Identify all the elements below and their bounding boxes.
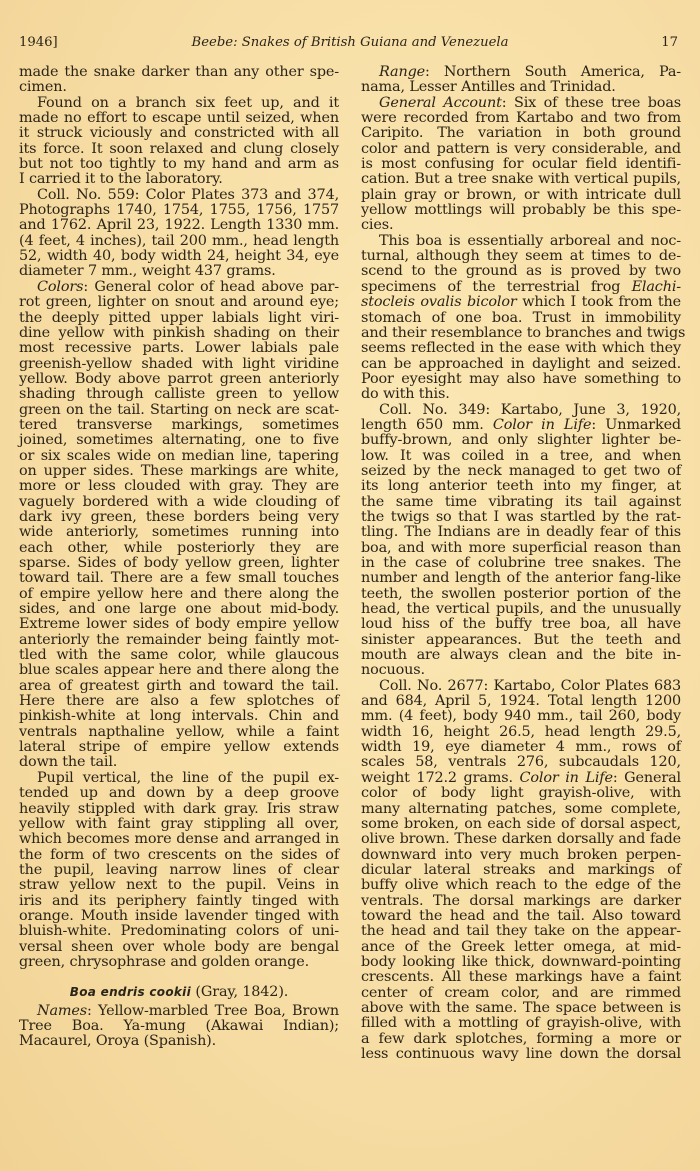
text-line: cies. <box>361 218 681 233</box>
text-run: color and pattern is very considerable, … <box>361 141 681 157</box>
text-run: boa, and with more superficial reason th… <box>361 540 681 556</box>
text-line: of empire yellow here and there along th… <box>19 587 339 602</box>
text-line: green on the tail. Starting on neck are … <box>19 403 339 418</box>
text-line: stomach of one boa. Trust in immobility <box>361 311 681 326</box>
text-line: some broken, on each side of dorsal aspe… <box>361 817 681 832</box>
text-line: the same time vibrating its tail against <box>361 495 681 510</box>
text-run: number and length of the anterior fang-l… <box>361 570 681 586</box>
text-run: down the tail. <box>19 754 117 770</box>
text-line: pinkish-white at long intervals. Chin an… <box>19 709 339 724</box>
species-name: Boa endris cookii <box>70 985 191 999</box>
text-line: many alternating patches, some complete, <box>361 802 681 817</box>
text-run: tended up and down by a deep groove <box>19 785 339 801</box>
text-run: rot green, lighter on snout and around e… <box>19 294 339 310</box>
text-line: its long anterior teeth into my finger, … <box>361 479 681 494</box>
text-line: yellow. Body above parrot green anterior… <box>19 372 339 387</box>
text-run: (4 feet, 4 inches), tail 200 mm., head l… <box>19 233 339 249</box>
text-line: color of body light grayish-olive, with <box>361 786 681 801</box>
text-line: color and pattern is very considerable, … <box>361 142 681 157</box>
text-run: sparse. Sides of body yellow green, ligh… <box>19 555 339 571</box>
text-run: length 650 mm. <box>361 417 493 433</box>
text-line: shading through calliste green to yellow <box>19 387 339 402</box>
text-line: bluish-white. Predominating colors of un… <box>19 924 339 939</box>
text-run: more or less clouded with gray. They are <box>19 478 339 494</box>
text-line: do with this. <box>361 387 681 402</box>
text-run: Extreme lower sides of body empire yello… <box>19 616 339 632</box>
right-column-body: Range: Northern South America, Pa-nama, … <box>361 65 681 1062</box>
text-line: teeth, the swollen posterior portion of … <box>361 587 681 602</box>
text-run: tered transverse markings, sometimes <box>19 417 339 433</box>
text-run: stomach of one boa. Trust in immobility <box>361 310 681 326</box>
text-run: straw yellow next to the pupil. Veins in <box>19 877 339 893</box>
text-run: area of greatest girth and toward the ta… <box>19 678 339 694</box>
text-line: cation. But a tree snake with vertical p… <box>361 172 681 187</box>
text-line: is most confusing for ocular field ident… <box>361 157 681 172</box>
text-run: lateral stripe of empire yellow extends <box>19 739 339 755</box>
text-run: tled with the same color, while glaucous <box>19 647 339 663</box>
right-column: Range: Northern South America, Pa-nama, … <box>361 65 681 1062</box>
text-run: tling. The Indians are in deadly fear of… <box>361 524 681 540</box>
text-run: less continuous wavy line down the dorsa… <box>361 1046 681 1062</box>
text-run: diameter 7 mm., weight 437 grams. <box>19 263 276 279</box>
text-run: above with the same. The space between i… <box>361 1000 681 1016</box>
text-run: downward into very much broken perpen- <box>361 847 681 863</box>
text-run: Coll. No. 559: Color Plates 373 and 374, <box>37 187 339 203</box>
text-run: toward tail. There are a few small touch… <box>19 570 339 586</box>
text-run: cies. <box>361 217 393 233</box>
text-line: olive brown. These darken dorsally and f… <box>361 832 681 847</box>
text-run: is most confusing for ocular field ident… <box>361 156 681 172</box>
text-run: mm. (4 feet), body 940 mm., tail 260, bo… <box>361 708 681 724</box>
text-line: Names: Yellow-marbled Tree Boa, Brown <box>19 1004 339 1019</box>
paragraph-coll-2677: Coll. No. 2677: Kartabo, Color Plates 68… <box>361 679 681 1063</box>
paragraph-coll-349: Coll. No. 349: Kartabo, June 3, 1920,len… <box>361 403 681 679</box>
text-line: dark ivy green, these borders being very <box>19 510 339 525</box>
text-line: it struck viciously and constricted with… <box>19 126 339 141</box>
text-line: center of cream color, and are rimmed <box>361 986 681 1001</box>
text-line: downward into very much broken perpen- <box>361 848 681 863</box>
text-line: but not too tightly to my hand and arm a… <box>19 157 339 172</box>
text-run: 52, width 40, body width 24, height 34, … <box>19 248 339 264</box>
text-run: dicular lateral streaks and markings of <box>361 862 681 878</box>
text-run: : Northern South America, Pa- <box>425 64 681 80</box>
text-run: or six scales wide on median line, taper… <box>19 448 339 464</box>
text-line: loud hiss of the buffy tree boa, all hav… <box>361 617 681 632</box>
text-line: Tree Boa. Ya-mung (Akawai Indian); <box>19 1019 339 1034</box>
italic-text: Color in Life <box>493 417 591 433</box>
text-run: buffy olive which reach to the edge of t… <box>361 877 681 893</box>
text-run: joined, sometimes alternating, one to fi… <box>19 432 339 448</box>
text-line: buffy olive which reach to the edge of t… <box>361 878 681 893</box>
text-run: each other, while posteriorly they are <box>19 540 339 556</box>
text-line: green, chrysophrase and golden orange. <box>19 955 339 970</box>
text-line: which becomes more dense and arranged in <box>19 832 339 847</box>
text-line: seized by the neck managed to get two of <box>361 464 681 479</box>
text-line: most recessive parts. Lower labials pale <box>19 341 339 356</box>
text-run: ventrals. The dorsal markings are darker <box>361 893 681 909</box>
text-line: anteriorly the remainder being faintly m… <box>19 633 339 648</box>
text-run: olive brown. These darken dorsally and f… <box>361 831 681 847</box>
text-run: scend to the ground as is proved by two <box>361 263 681 279</box>
text-line: buffy-brown, and only slighter lighter b… <box>361 433 681 448</box>
italic-text: Range <box>379 64 425 80</box>
text-line: scales 58, ventrals 276, subcaudals 120, <box>361 755 681 770</box>
text-line: Poor eyesight may also have something to <box>361 372 681 387</box>
text-line: Extreme lower sides of body empire yello… <box>19 617 339 632</box>
text-line: rot green, lighter on snout and around e… <box>19 295 339 310</box>
text-run: Here there are also a few splotches of <box>19 693 339 709</box>
text-line: General Account: Six of these tree boas <box>361 96 681 111</box>
text-run: wide anteriorly, sometimes running into <box>19 524 339 540</box>
text-run: This boa is essentially arboreal and noc… <box>379 233 681 249</box>
text-line: dicular lateral streaks and markings of <box>361 863 681 878</box>
text-line: and 1762. April 23, 1922. Length 1330 mm… <box>19 218 339 233</box>
italic-text: Colors <box>37 279 83 295</box>
text-run: seems reflected in the ease with which t… <box>361 340 681 356</box>
text-line: toward tail. There are a few small touch… <box>19 571 339 586</box>
text-line: yellow mottlings will probably be this s… <box>361 203 681 218</box>
text-line: specimens of the terrestrial frog Elachi… <box>361 280 681 295</box>
left-column-body: made the snake darker than any other spe… <box>19 65 339 970</box>
text-line: the head and tail they take on the appea… <box>361 924 681 939</box>
text-run: I carried it to the laboratory. <box>19 171 223 187</box>
paragraph-coll-559: Coll. No. 559: Color Plates 373 and 374,… <box>19 188 339 280</box>
text-run: but not too tightly to my hand and arm a… <box>19 156 339 172</box>
text-run: do with this. <box>361 386 450 402</box>
text-line: ventrals. The dorsal markings are darker <box>361 894 681 909</box>
text-line: mm. (4 feet), body 940 mm., tail 260, bo… <box>361 709 681 724</box>
text-line: I carried it to the laboratory. <box>19 172 339 187</box>
text-line: boa, and with more superficial reason th… <box>361 541 681 556</box>
paragraph-pupil: Pupil vertical, the line of the pupil ex… <box>19 771 339 970</box>
italic-text: Elachi- <box>632 279 681 295</box>
species-heading: Boa endris cookii (Gray, 1842). <box>19 985 339 1000</box>
text-line: length 650 mm. Color in Life: Unmarked <box>361 418 681 433</box>
text-run: Found on a branch six feet up, and it <box>37 95 339 111</box>
paragraph-arboreal: This boa is essentially arboreal and noc… <box>361 234 681 403</box>
text-line: stocleis ovalis bicolor which I took fro… <box>361 295 681 310</box>
text-run: Photographs 1740, 1754, 1755, 1756, 1757 <box>19 202 339 218</box>
text-run: Tree Boa. Ya-mung (Akawai Indian); <box>19 1018 339 1034</box>
text-run: anteriorly the remainder being faintly m… <box>19 632 339 648</box>
text-run: sinister appearances. But the teeth and <box>361 632 681 648</box>
paragraph-names: Names: Yellow-marbled Tree Boa, BrownTre… <box>19 1004 339 1050</box>
text-run: bluish-white. Predominating colors of un… <box>19 923 339 939</box>
text-line: less continuous wavy line down the dorsa… <box>361 1047 681 1062</box>
text-line: and their resemblance to branches and tw… <box>361 326 681 341</box>
text-line: tered transverse markings, sometimes <box>19 418 339 433</box>
text-run: Coll. No. 349: Kartabo, June 3, 1920, <box>379 402 681 418</box>
text-run: iris and its periphery faintly tinged wi… <box>19 893 339 909</box>
text-line: yellow with faint gray stippling all ove… <box>19 817 339 832</box>
text-run: heavily stippled with dark gray. Iris st… <box>19 801 339 817</box>
text-line: more or less clouded with gray. They are <box>19 479 339 494</box>
text-line: on upper sides. These markings are white… <box>19 464 339 479</box>
text-line: versal sheen over whole body are bengal <box>19 940 339 955</box>
text-run: weight 172.2 grams. <box>361 770 520 786</box>
text-run: pinkish-white at long intervals. Chin an… <box>19 708 339 724</box>
text-line: Caripito. The variation in both ground <box>361 126 681 141</box>
text-line: scend to the ground as is proved by two <box>361 264 681 279</box>
text-line: made the snake darker than any other spe… <box>19 65 339 80</box>
text-line: above with the same. The space between i… <box>361 1001 681 1016</box>
text-run: most recessive parts. Lower labials pale <box>19 340 339 356</box>
text-line: in the case of colubrine tree snakes. Th… <box>361 556 681 571</box>
text-run: buffy-brown, and only slighter lighter b… <box>361 432 681 448</box>
text-run: mouth are always clean and the bite in- <box>361 647 681 663</box>
text-line: crescents. All these markings have a fai… <box>361 970 681 985</box>
names-section: Names: Yellow-marbled Tree Boa, BrownTre… <box>19 1004 339 1050</box>
text-line: its force. It soon relaxed and clung clo… <box>19 142 339 157</box>
paragraph-continuation: made the snake darker than any other spe… <box>19 65 339 96</box>
text-line: each other, while posteriorly they are <box>19 541 339 556</box>
text-line: Coll. No. 559: Color Plates 373 and 374, <box>19 188 339 203</box>
text-run: which becomes more dense and arranged in <box>19 831 339 847</box>
text-run: the pupil, leaving narrow lines of clear <box>19 862 339 878</box>
text-run: turnal, although they seem at times to d… <box>361 248 681 264</box>
text-run: : Unmarked <box>591 417 681 433</box>
text-line: and 684, April 5, 1924. Total length 120… <box>361 694 681 709</box>
text-run: Macaurel, Oroya (Spanish). <box>19 1033 216 1049</box>
text-run: center of cream color, and are rimmed <box>361 985 681 1001</box>
text-line: the deeply pitted upper labials light vi… <box>19 311 339 326</box>
text-run: can be approached in daylight and seized… <box>361 356 681 372</box>
text-run: vaguely bordered with a wide clouding of <box>19 494 339 510</box>
text-line: tended up and down by a deep groove <box>19 786 339 801</box>
text-run: ance of the Greek letter omega, at mid- <box>361 939 681 955</box>
text-line: the form of two crescents on the sides o… <box>19 848 339 863</box>
text-line: down the tail. <box>19 755 339 770</box>
text-run: teeth, the swollen posterior portion of … <box>361 586 681 602</box>
text-run: Poor eyesight may also have something to <box>361 371 681 387</box>
text-line: wide anteriorly, sometimes running into <box>19 525 339 540</box>
text-run: blue scales appear here and there along … <box>19 662 339 678</box>
text-line: low. It was coiled in a tree, and when <box>361 449 681 464</box>
text-line: made no effort to escape until seized, w… <box>19 111 339 126</box>
text-run: head, the vertical pupils, and the unusu… <box>361 601 681 617</box>
text-run: seized by the neck managed to get two of <box>361 463 681 479</box>
text-run: green, chrysophrase and golden orange. <box>19 954 309 970</box>
text-run: nama, Lesser Antilles and Trinidad. <box>361 79 616 95</box>
text-run: some broken, on each side of dorsal aspe… <box>361 816 681 832</box>
text-run: Pupil vertical, the line of the pupil ex… <box>37 770 339 786</box>
text-run: yellow mottlings will probably be this s… <box>361 202 681 218</box>
text-run: the twigs so that I was startled by the … <box>361 509 681 525</box>
text-run: greenish-yellow shaded with light viridi… <box>19 356 339 372</box>
text-line: the pupil, leaving narrow lines of clear <box>19 863 339 878</box>
text-run: : Yellow-marbled Tree Boa, Brown <box>87 1003 339 1019</box>
text-line: straw yellow next to the pupil. Veins in <box>19 878 339 893</box>
text-run: made no effort to escape until seized, w… <box>19 110 339 126</box>
text-run: toward the head and the tail. Also towar… <box>361 908 681 924</box>
text-line: area of greatest girth and toward the ta… <box>19 679 339 694</box>
text-line: weight 172.2 grams. Color in Life: Gener… <box>361 771 681 786</box>
text-run: cation. But a tree snake with vertical p… <box>361 171 681 187</box>
text-run: its long anterior teeth into my finger, … <box>361 478 681 494</box>
text-run: a few dark splotches, forming a more or <box>361 1031 681 1047</box>
text-line: turnal, although they seem at times to d… <box>361 249 681 264</box>
text-line: Range: Northern South America, Pa- <box>361 65 681 80</box>
text-line: head, the vertical pupils, and the unusu… <box>361 602 681 617</box>
text-line: filled with a mottling of grayish-olive,… <box>361 1016 681 1031</box>
text-line: heavily stippled with dark gray. Iris st… <box>19 802 339 817</box>
text-run: crescents. All these markings have a fai… <box>361 969 681 985</box>
running-head-title: Beebe: Snakes of British Guiana and Vene… <box>18 33 682 53</box>
text-run: and 1762. April 23, 1922. Length 1330 mm… <box>19 217 339 233</box>
text-run: the head and tail they take on the appea… <box>361 923 681 939</box>
text-line: a few dark splotches, forming a more or <box>361 1032 681 1047</box>
text-line: number and length of the anterior fang-l… <box>361 571 681 586</box>
text-line: sides, and one large one about mid-body. <box>19 602 339 617</box>
paragraph-range: Range: Northern South America, Pa-nama, … <box>361 65 681 96</box>
text-line: width 16, height 26.5, head length 29.5, <box>361 725 681 740</box>
text-line: Coll. No. 2677: Kartabo, Color Plates 68… <box>361 679 681 694</box>
text-run: : Six of these tree boas <box>502 95 681 111</box>
text-run: width 16, height 26.5, head length 29.5, <box>361 724 681 740</box>
text-line: Macaurel, Oroya (Spanish). <box>19 1034 339 1049</box>
text-line: sparse. Sides of body yellow green, ligh… <box>19 556 339 571</box>
text-line: were recorded from Kartabo and two from <box>361 111 681 126</box>
text-run: : General <box>613 770 681 786</box>
text-run: and 684, April 5, 1924. Total length 120… <box>361 693 681 709</box>
paragraph-general-account: General Account: Six of these tree boasw… <box>361 96 681 234</box>
text-line: tling. The Indians are in deadly fear of… <box>361 525 681 540</box>
text-run: orange. Mouth inside lavender tinged wit… <box>19 908 339 924</box>
text-line: ventrals napthaline yellow, while a fain… <box>19 725 339 740</box>
text-run: loud hiss of the buffy tree boa, all hav… <box>361 616 681 632</box>
text-run: on upper sides. These markings are white… <box>19 463 339 479</box>
text-run: its force. It soon relaxed and clung clo… <box>19 141 339 157</box>
italic-text: stocleis ovalis bicolor <box>361 294 517 310</box>
text-line: Pupil vertical, the line of the pupil ex… <box>19 771 339 786</box>
text-run: body looking like thick, downward-pointi… <box>361 954 681 970</box>
text-run: color of body light grayish-olive, with <box>361 785 681 801</box>
text-run: specimens of the terrestrial frog <box>361 279 632 295</box>
text-run: dine yellow with pinkish shading on thei… <box>19 325 339 341</box>
text-run: it struck viciously and constricted with… <box>19 125 339 141</box>
text-line: cimen. <box>19 80 339 95</box>
paragraph-capture: Found on a branch six feet up, and itmad… <box>19 96 339 188</box>
text-line: Here there are also a few splotches of <box>19 694 339 709</box>
text-run: sides, and one large one about mid-body. <box>19 601 339 617</box>
text-line: width 19, eye diameter 4 mm., rows of <box>361 740 681 755</box>
text-run: were recorded from Kartabo and two from <box>361 110 681 126</box>
italic-text: General Account <box>379 95 502 111</box>
text-run: nocuous. <box>361 662 425 678</box>
text-line: body looking like thick, downward-pointi… <box>361 955 681 970</box>
text-run: of empire yellow here and there along th… <box>19 586 339 602</box>
italic-text: Color in Life <box>520 770 613 786</box>
text-line: the twigs so that I was startled by the … <box>361 510 681 525</box>
text-line: nama, Lesser Antilles and Trinidad. <box>361 80 681 95</box>
text-line: dine yellow with pinkish shading on thei… <box>19 326 339 341</box>
text-line: ance of the Greek letter omega, at mid- <box>361 940 681 955</box>
text-line: Found on a branch six feet up, and it <box>19 96 339 111</box>
text-line: 52, width 40, body width 24, height 34, … <box>19 249 339 264</box>
text-run: made the snake darker than any other spe… <box>19 64 339 80</box>
text-line: diameter 7 mm., weight 437 grams. <box>19 264 339 279</box>
text-line: toward the head and the tail. Also towar… <box>361 909 681 924</box>
text-line: This boa is essentially arboreal and noc… <box>361 234 681 249</box>
text-line: Colors: General color of head above par- <box>19 280 339 295</box>
text-run: yellow. Body above parrot green anterior… <box>19 371 339 387</box>
text-run: scales 58, ventrals 276, subcaudals 120, <box>361 754 681 770</box>
text-line: Coll. No. 349: Kartabo, June 3, 1920, <box>361 403 681 418</box>
text-run: cimen. <box>19 79 67 95</box>
text-run: in the case of colubrine tree snakes. Th… <box>361 555 681 571</box>
text-line: (4 feet, 4 inches), tail 200 mm., head l… <box>19 234 339 249</box>
text-line: blue scales appear here and there along … <box>19 663 339 678</box>
book-page: 1946] Beebe: Snakes of British Guiana an… <box>0 0 700 1171</box>
italic-text: Names <box>37 1003 87 1019</box>
text-run: green on the tail. Starting on neck are … <box>19 402 339 418</box>
text-run: (Gray, 1842). <box>191 984 288 1000</box>
text-run: plain gray or brown, or with intricate d… <box>361 187 681 203</box>
text-line: iris and its periphery faintly tinged wi… <box>19 894 339 909</box>
text-line: vaguely bordered with a wide clouding of <box>19 495 339 510</box>
left-column: made the snake darker than any other spe… <box>19 65 339 1050</box>
text-run: which I took from the <box>517 294 681 310</box>
text-line: lateral stripe of empire yellow extends <box>19 740 339 755</box>
text-run: versal sheen over whole body are bengal <box>19 939 339 955</box>
text-line: greenish-yellow shaded with light viridi… <box>19 357 339 372</box>
text-line: mouth are always clean and the bite in- <box>361 648 681 663</box>
text-line: nocuous. <box>361 663 681 678</box>
text-run: Caripito. The variation in both ground <box>361 125 681 141</box>
text-line: plain gray or brown, or with intricate d… <box>361 188 681 203</box>
text-line: orange. Mouth inside lavender tinged wit… <box>19 909 339 924</box>
text-run: the same time vibrating its tail against <box>361 494 681 510</box>
text-run: and their resemblance to branches and tw… <box>361 325 685 341</box>
text-line: seems reflected in the ease with which t… <box>361 341 681 356</box>
text-run: shading through calliste green to yellow <box>19 386 339 402</box>
text-line: Photographs 1740, 1754, 1755, 1756, 1757 <box>19 203 339 218</box>
text-run: dark ivy green, these borders being very <box>19 509 339 525</box>
text-line: tled with the same color, while glaucous <box>19 648 339 663</box>
text-line: sinister appearances. But the teeth and <box>361 633 681 648</box>
text-run: low. It was coiled in a tree, and when <box>361 448 681 464</box>
text-run: ventrals napthaline yellow, while a fain… <box>19 724 339 740</box>
text-line: can be approached in daylight and seized… <box>361 357 681 372</box>
text-run: yellow with faint gray stippling all ove… <box>19 816 339 832</box>
text-run: width 19, eye diameter 4 mm., rows of <box>361 739 681 755</box>
text-run: : General color of head above par- <box>83 279 339 295</box>
text-line: joined, sometimes alternating, one to fi… <box>19 433 339 448</box>
text-run: the form of two crescents on the sides o… <box>19 847 339 863</box>
paragraph-colors: Colors: General color of head above par-… <box>19 280 339 771</box>
section-spacer <box>19 970 339 985</box>
text-run: filled with a mottling of grayish-olive,… <box>361 1015 681 1031</box>
running-head: 1946] Beebe: Snakes of British Guiana an… <box>18 33 682 53</box>
text-run: the deeply pitted upper labials light vi… <box>19 310 339 326</box>
text-run: many alternating patches, some complete, <box>361 801 681 817</box>
page-number: 17 <box>661 33 678 53</box>
text-line: or six scales wide on median line, taper… <box>19 449 339 464</box>
text-run: Coll. No. 2677: Kartabo, Color Plates 68… <box>379 678 681 694</box>
